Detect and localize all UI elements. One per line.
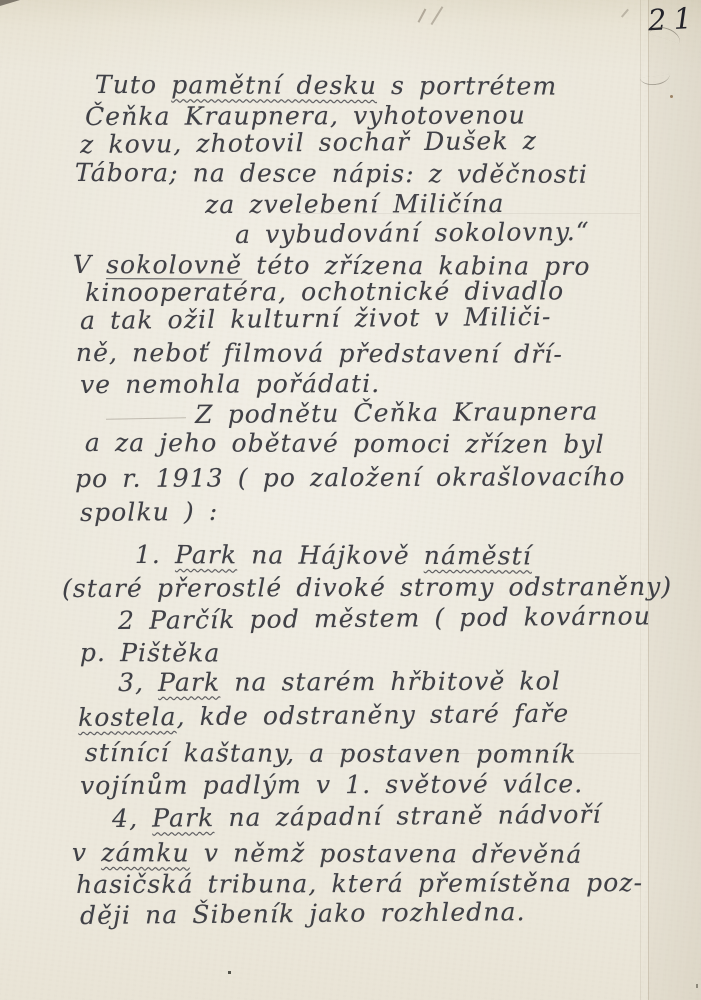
text-segment: spolku ) :	[80, 497, 218, 527]
manuscript-line: a vybudování sokolovny.“	[235, 219, 590, 247]
text-segment: hasičská tribuna, která přemístěna poz-	[76, 868, 643, 899]
manuscript-line: ve nemohla pořádati.	[80, 371, 380, 397]
manuscript-line: z kovu, zhotovil sochař Dušek z	[80, 128, 537, 157]
underlined-text-segment: Park	[158, 668, 220, 697]
manuscript-line: po r. 1913 ( po založení okrašlovacího	[75, 464, 626, 491]
text-segment: v	[72, 838, 101, 867]
underlined-text-segment: pamětní desku	[171, 70, 377, 100]
underlined-text-segment: Park	[152, 803, 214, 833]
manuscript-line: ně, neboť filmová představení dří-	[76, 340, 563, 367]
manuscript-line: p. Pištěka	[80, 640, 221, 665]
text-segment: Tuto	[95, 70, 171, 99]
manuscript-line: a tak ožil kulturní život v Miliči-	[80, 304, 552, 333]
manuscript-line: 3, Park na starém hřbitově kol	[118, 668, 561, 695]
text-segment: a vybudování sokolovny.“	[235, 217, 590, 249]
text-segment: ději na Šibeník jako rozhledna.	[80, 897, 526, 930]
underlined-text-segment: Park	[175, 540, 237, 569]
text-segment: Z podnětu Čeňka Kraupnera	[195, 396, 599, 429]
manuscript-line: ději na Šibeník jako rozhledna.	[80, 899, 526, 928]
manuscript-line: hasičská tribuna, která přemístěna poz-	[76, 870, 643, 897]
text-segment: na starém hřbitově kol	[220, 666, 561, 696]
text-segment: na západní straně nádvoří	[214, 800, 601, 832]
text-segment: na Hájkově	[237, 540, 424, 570]
underlined-text-segment: kostela	[78, 702, 177, 732]
underlined-text-segment: zámku	[101, 838, 190, 867]
text-segment: za zvelebení Miličína	[205, 189, 505, 219]
text-segment: 1.	[135, 540, 175, 569]
manuscript-line: Čeňka Kraupnera, vyhotovenou	[85, 102, 526, 129]
text-segment: a za jeho obětavé pomoci zřízen byl	[85, 428, 605, 459]
text-segment: v němž postavena dřevěná	[190, 838, 583, 868]
text-segment: a tak ožil kulturní život v Miliči-	[80, 302, 552, 335]
text-segment: s portrétem	[377, 71, 557, 101]
text-segment: 3,	[118, 668, 158, 697]
text-segment: po r. 1913 ( po založení okrašlovacího	[75, 462, 626, 493]
manuscript-line: stínící kaštany, a postaven pomník	[85, 740, 577, 767]
underlined-text-segment: náměstí	[424, 541, 532, 570]
manuscript-line: kostela, kde odstraněny staré faře	[78, 701, 569, 730]
text-segment: , kde odstraněny staré faře	[176, 699, 569, 731]
manuscript-line: kinooperatéra, ochotnické divadlo	[85, 278, 564, 305]
manuscript-line: 2 Parčík pod městem ( pod kovárnou	[118, 603, 651, 633]
manuscript-line: (staré přerostlé divoké stromy odstraněn…	[62, 574, 672, 601]
underlined-text-segment: sokolovně	[106, 250, 242, 279]
text-segment: 4,	[112, 804, 152, 833]
text-segment: z kovu, zhotovil sochař Dušek z	[80, 126, 537, 159]
text-segment: p. Pištěka	[80, 638, 221, 667]
text-segment: Tábora; na desce nápis: z vděčnosti	[75, 158, 588, 189]
text-segment: 2 Parčík pod městem ( pod kovárnou	[118, 601, 651, 635]
manuscript-line: za zvelebení Miličína	[205, 191, 505, 217]
text-segment: ve nemohla pořádati.	[80, 369, 380, 399]
manuscript-page: 21 Tuto pamětní desku s portrétemČeňka K…	[0, 0, 701, 1000]
text-segment: ně, neboť filmová představení dří-	[76, 338, 563, 369]
manuscript-line: a za jeho obětavé pomoci zřízen byl	[85, 430, 605, 457]
text-segment: vojínům padlým v 1. světové válce.	[80, 769, 583, 800]
manuscript-line: vojínům padlým v 1. světové válce.	[80, 771, 583, 798]
manuscript-line: 1. Park na Hájkově náměstí	[135, 542, 532, 568]
manuscript-line: v zámku v němž postavena dřevěná	[72, 840, 583, 867]
manuscript-line: Z podnětu Čeňka Kraupnera	[195, 398, 598, 427]
text-segment: (staré přerostlé divoké stromy odstraněn…	[62, 572, 672, 603]
manuscript-line: Tuto pamětní desku s portrétem	[95, 72, 557, 99]
manuscript-line: V sokolovně této zřízena kabina pro	[73, 252, 591, 279]
handwritten-text-block: Tuto pamětní desku s portrétemČeňka Krau…	[0, 0, 701, 1000]
text-segment: stínící kaštany, a postaven pomník	[85, 738, 577, 769]
text-segment: V	[73, 250, 106, 279]
manuscript-line: Tábora; na desce nápis: z vděčnosti	[75, 160, 588, 187]
manuscript-line: 4, Park na západní straně nádvoří	[112, 802, 602, 831]
manuscript-line: spolku ) :	[80, 499, 218, 525]
